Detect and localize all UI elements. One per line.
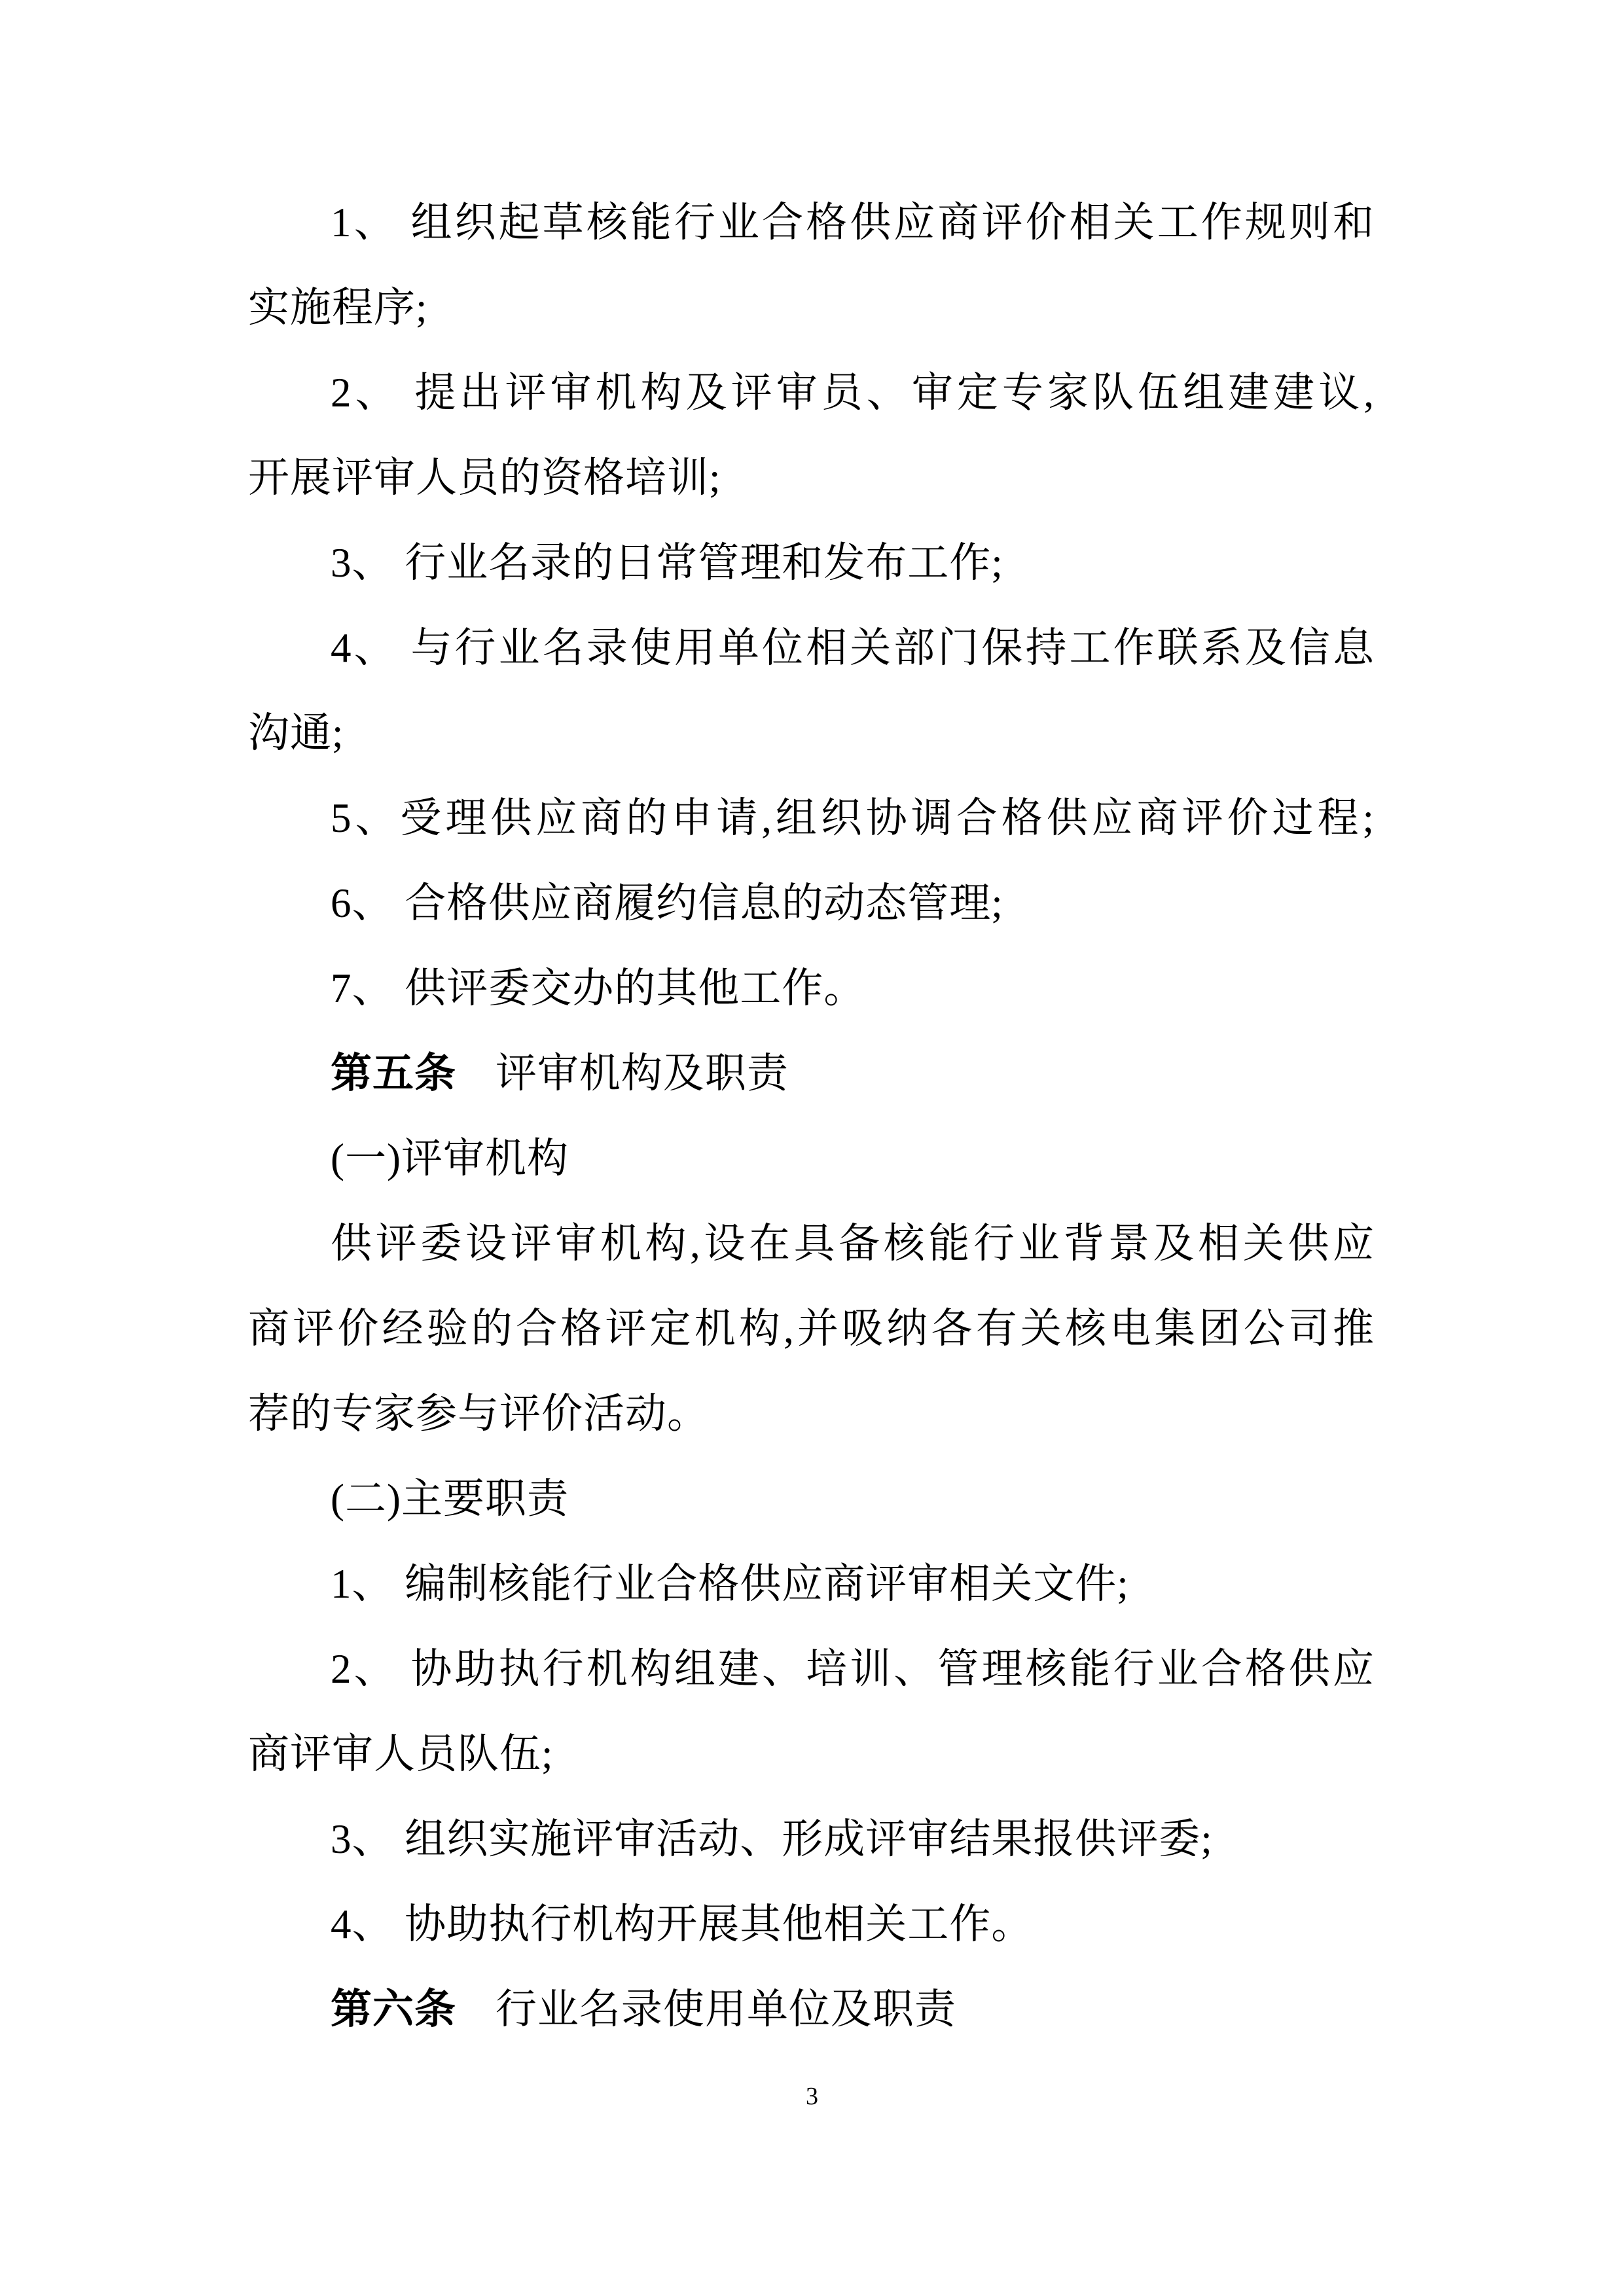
text-line-12: (一)评审机构 <box>248 1116 1375 1201</box>
text-line-15: 荐的专家参与评价活动。 <box>248 1371 1375 1456</box>
text-line-16: (二)主要职责 <box>248 1456 1375 1541</box>
text-line-9: 6、 合格供应商履约信息的动态管理; <box>248 861 1375 946</box>
article-heading-line-11: 第五条评审机构及职责 <box>248 1031 1375 1116</box>
document-page: { "page": { "number": "3", "background_c… <box>0 0 1624 2296</box>
article-title: 评审机构及职责 <box>496 1050 789 1096</box>
article-number: 第五条 <box>331 1050 456 1096</box>
text-line-2: 实施程序; <box>248 265 1375 350</box>
text-line-1: 1、 组织起草核能行业合格供应商评价相关工作规则和 <box>248 180 1375 265</box>
text-line-3: 2、 提出评审机构及评审员、审定专家队伍组建建议, <box>248 350 1375 435</box>
article-title: 行业名录使用单位及职责 <box>496 1986 956 2032</box>
article-number: 第六条 <box>331 1986 456 2032</box>
page-number: 3 <box>0 2083 1624 2109</box>
text-line-10: 7、 供评委交办的其他工作。 <box>248 946 1375 1031</box>
text-line-20: 3、 组织实施评审活动、形成评审结果报供评委; <box>248 1797 1375 1882</box>
document-body: 1、 组织起草核能行业合格供应商评价相关工作规则和实施程序;2、 提出评审机构及… <box>248 180 1375 2052</box>
text-line-18: 2、 协助执行机构组建、培训、管理核能行业合格供应 <box>248 1626 1375 1712</box>
article-heading-line-22: 第六条行业名录使用单位及职责 <box>248 1967 1375 2052</box>
text-line-13: 供评委设评审机构,设在具备核能行业背景及相关供应 <box>248 1201 1375 1286</box>
text-line-7: 沟通; <box>248 691 1375 776</box>
text-line-17: 1、 编制核能行业合格供应商评审相关文件; <box>248 1541 1375 1626</box>
text-line-6: 4、 与行业名录使用单位相关部门保持工作联系及信息 <box>248 605 1375 691</box>
text-line-14: 商评价经验的合格评定机构,并吸纳各有关核电集团公司推 <box>248 1286 1375 1371</box>
text-line-19: 商评审人员队伍; <box>248 1712 1375 1797</box>
text-line-21: 4、 协助执行机构开展其他相关工作。 <box>248 1882 1375 1967</box>
text-line-5: 3、 行业名录的日常管理和发布工作; <box>248 520 1375 605</box>
text-line-4: 开展评审人员的资格培训; <box>248 435 1375 520</box>
text-line-8: 5、受理供应商的申请,组织协调合格供应商评价过程; <box>248 776 1375 861</box>
